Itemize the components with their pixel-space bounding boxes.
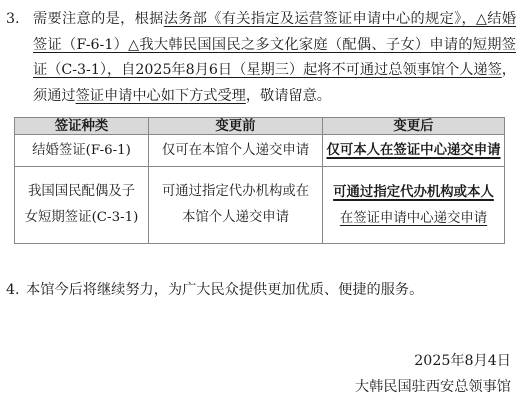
notice-item-4: 4. 本馆今后将继续努力，为广大民众提供更加优质、便捷的服务。 xyxy=(6,278,516,304)
table-row: 我国国民配偶及子 女短期签证(C-3-1) 可通过指定代办机构或在 本馆个人递交… xyxy=(15,167,505,244)
cell-line: 我国国民配偶及子 xyxy=(17,179,146,205)
notice-date: 2025年8月4日 xyxy=(414,351,511,371)
cell-line: 本馆个人递交申请 xyxy=(151,205,320,231)
underlined-center-text: 签证申请中心如下方式受理 xyxy=(76,88,246,104)
text-segment: ，敬请留意。 xyxy=(246,88,331,104)
cell-line: 女短期签证(C-3-1) xyxy=(17,205,146,231)
visa-change-table: 签证种类 变更前 变更后 结婚签证(F-6-1) 仅可在本馆个人递交申请 仅可本… xyxy=(14,117,505,244)
header-before: 变更前 xyxy=(149,118,323,135)
after-text: 在签证申请中心递交申请 xyxy=(340,211,487,226)
table-header-row: 签证种类 变更前 变更后 xyxy=(15,118,505,135)
after-text: 可通过指定代办机构或本人 xyxy=(333,184,494,200)
table-row: 结婚签证(F-6-1) 仅可在本馆个人递交申请 仅可本人在签证中心递交申请 xyxy=(15,135,505,167)
header-visa-type: 签证种类 xyxy=(15,118,149,135)
item-number: 4. xyxy=(6,278,20,304)
item-3-text: 需要注意的是，根据法务部《有关指定及运营签证申请中心的规定》，△结婚签证（F-6… xyxy=(33,7,516,109)
cell-visa-type: 我国国民配偶及子 女短期签证(C-3-1) xyxy=(15,167,149,244)
after-text: 仅可本人在签证中心递交申请 xyxy=(326,142,500,158)
cell-after: 仅可本人在签证中心递交申请 xyxy=(323,135,505,167)
cell-before: 仅可在本馆个人递交申请 xyxy=(149,135,323,167)
cell-line: 可通过指定代办机构或在 xyxy=(151,179,320,205)
item-number: 3. xyxy=(6,7,20,33)
item-4-text: 本馆今后将继续努力，为广大民众提供更加优质、便捷的服务。 xyxy=(26,278,516,304)
text-segment: 需要注意的是，根据 xyxy=(33,11,164,27)
cell-before: 可通过指定代办机构或在 本馆个人递交申请 xyxy=(149,167,323,244)
cell-after: 可通过指定代办机构或本人 在签证申请中心递交申请 xyxy=(323,167,505,244)
header-after: 变更后 xyxy=(323,118,505,135)
issuer-name: 大韩民国驻西安总领事馆 xyxy=(355,377,511,397)
cell-visa-type: 结婚签证(F-6-1) xyxy=(15,135,149,167)
notice-item-3: 3. 需要注意的是，根据法务部《有关指定及运营签证申请中心的规定》，△结婚签证（… xyxy=(6,7,516,109)
